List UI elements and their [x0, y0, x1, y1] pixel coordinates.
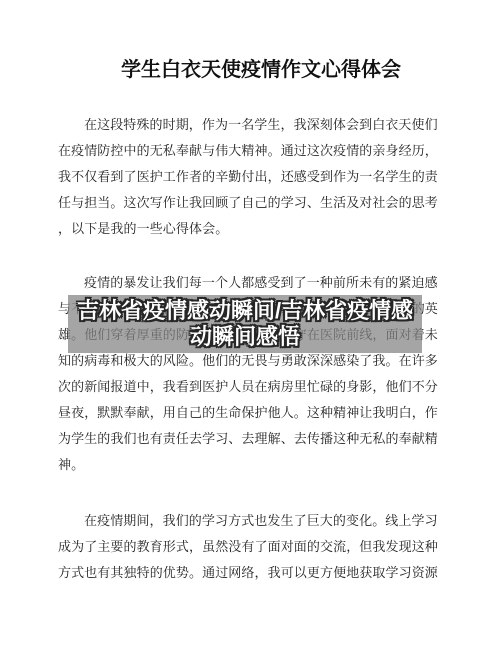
paragraph-online-learning: 在疫情期间，我们的学习方式也发生了巨大的变化。线上学习 成为了主要的教育形式，虽… [58, 508, 442, 586]
watermark-overlay-box: 吉林省疫情感动瞬间/吉林省疫情感 动瞬间感悟 [68, 295, 422, 353]
document-page: 学生白衣天使疫情作文心得体会 在这段特殊的时期，作为一名学生，我深刻体会到白衣天… [0, 0, 500, 647]
paragraph-intro: 在这段特殊的时期，作为一名学生，我深刻体会到白衣天使们 在疫情防控中的无私奉献与… [58, 112, 442, 242]
watermark-headline: 吉林省疫情感动瞬间/吉林省疫情感 动瞬间感悟 [77, 298, 413, 350]
document-title: 学生白衣天使疫情作文心得体会 [0, 56, 500, 84]
